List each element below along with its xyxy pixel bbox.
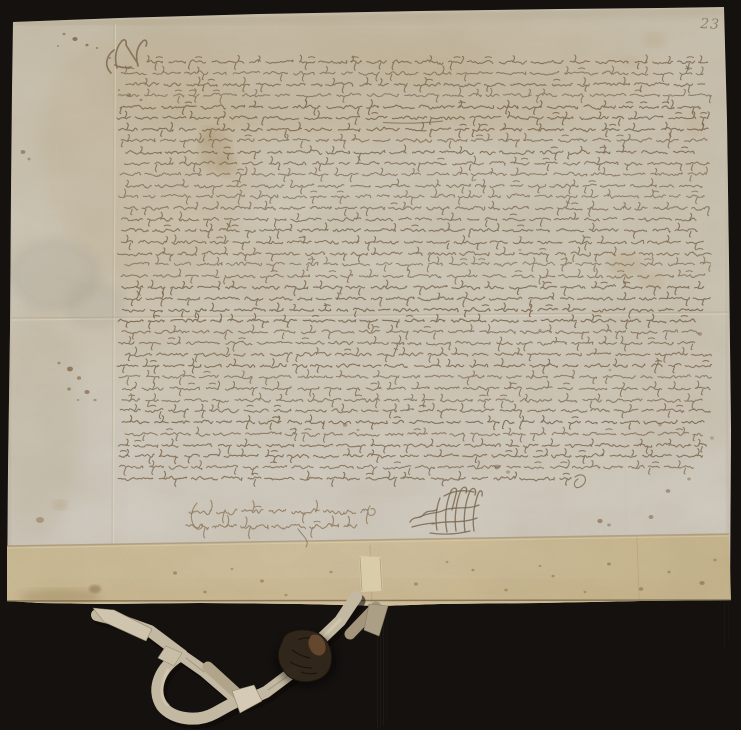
tag-slit xyxy=(359,556,383,592)
folio-number: 23 xyxy=(699,16,721,33)
manuscript-photo: 23 xyxy=(0,0,741,730)
